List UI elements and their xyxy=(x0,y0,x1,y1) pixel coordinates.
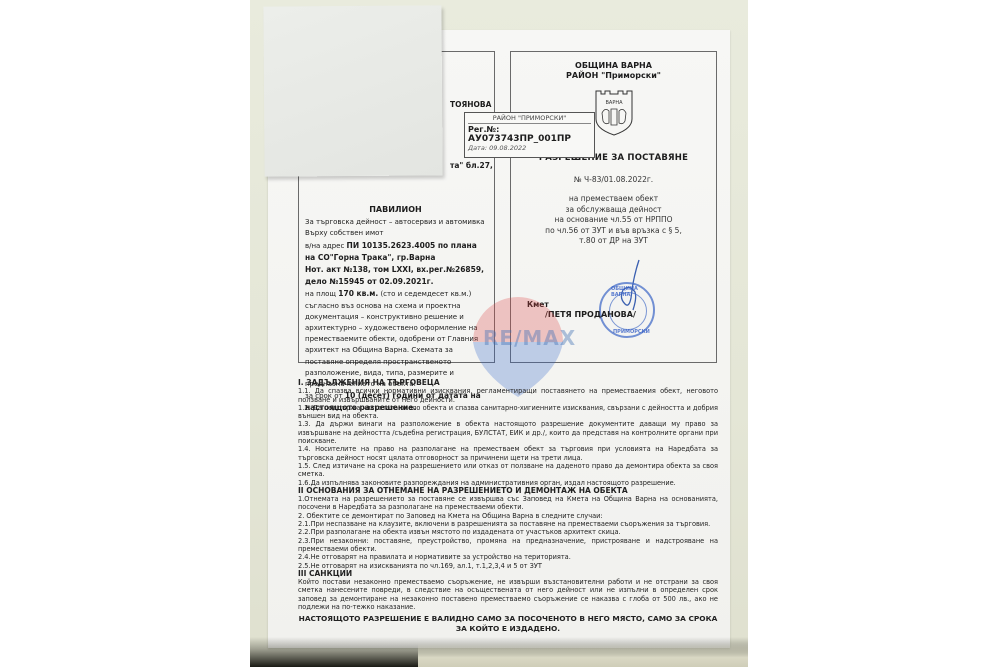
permit-terms: I. ЗАДЪЛЖЕНИЯ НА ТЪРГОВЕЦА 1.1. Да спазв… xyxy=(298,379,718,634)
municipality-name: ОБЩИНА ВАРНА xyxy=(511,61,716,71)
permit-number: № Ч-83/01.08.2022г. xyxy=(511,175,716,184)
area-line: на площ 170 кв.м. (сто и седемдесет кв.м… xyxy=(305,288,486,300)
section-1-title: I. ЗАДЪЛЖЕНИЯ НА ТЪРГОВЕЦА xyxy=(298,379,718,387)
sticky-note-cover xyxy=(263,5,442,176)
section-2-title: II ОСНОВАНИЯ ЗА ОТНЕМАНЕ НА РАЗРЕШЕНИЕТО… xyxy=(298,487,718,495)
purpose-line: За търговска дейност – автосервиз и авто… xyxy=(305,217,486,228)
section-3-title: III САНКЦИИ xyxy=(298,570,718,578)
permit-basis: на преместваем обект за обслужваща дейно… xyxy=(511,194,716,247)
svg-text:ВАРНА: ВАРНА xyxy=(605,100,623,106)
registration-number: АУ073743ПР_001ПР xyxy=(468,134,591,144)
registration-stamp: РАЙОН "ПРИМОРСКИ" Рег.№: АУ073743ПР_001П… xyxy=(464,112,595,158)
property-line: Върху собствен имот xyxy=(305,228,486,239)
document-photo: ПАВИЛИОН За търговска дейност – автосерв… xyxy=(250,0,748,667)
deed-line: Нот. акт №138, том LXXI, вх.рег.№26859, … xyxy=(305,264,486,288)
owner-address-fragment: та" бл.27, xyxy=(450,161,493,170)
validity-note: НАСТОЯЩОТО РАЗРЕШЕНИЕ Е ВАЛИДНО САМО ЗА … xyxy=(298,614,718,634)
address-line: в/на адрес ПИ 10135.2623.4005 по плана н… xyxy=(305,240,486,264)
registration-date: Дата: 09.08.2022 xyxy=(468,144,591,152)
district-name: РАЙОН "Приморски" xyxy=(511,71,716,81)
remax-watermark: RE/MAX xyxy=(483,326,576,350)
owner-surname-fragment: ТОЯНОВА xyxy=(450,100,491,109)
pavilion-title: ПАВИЛИОН xyxy=(305,204,486,215)
description-text: съгласно въз основа на схема и проектна … xyxy=(305,301,486,391)
varna-crest-icon: ВАРНА xyxy=(593,89,635,137)
